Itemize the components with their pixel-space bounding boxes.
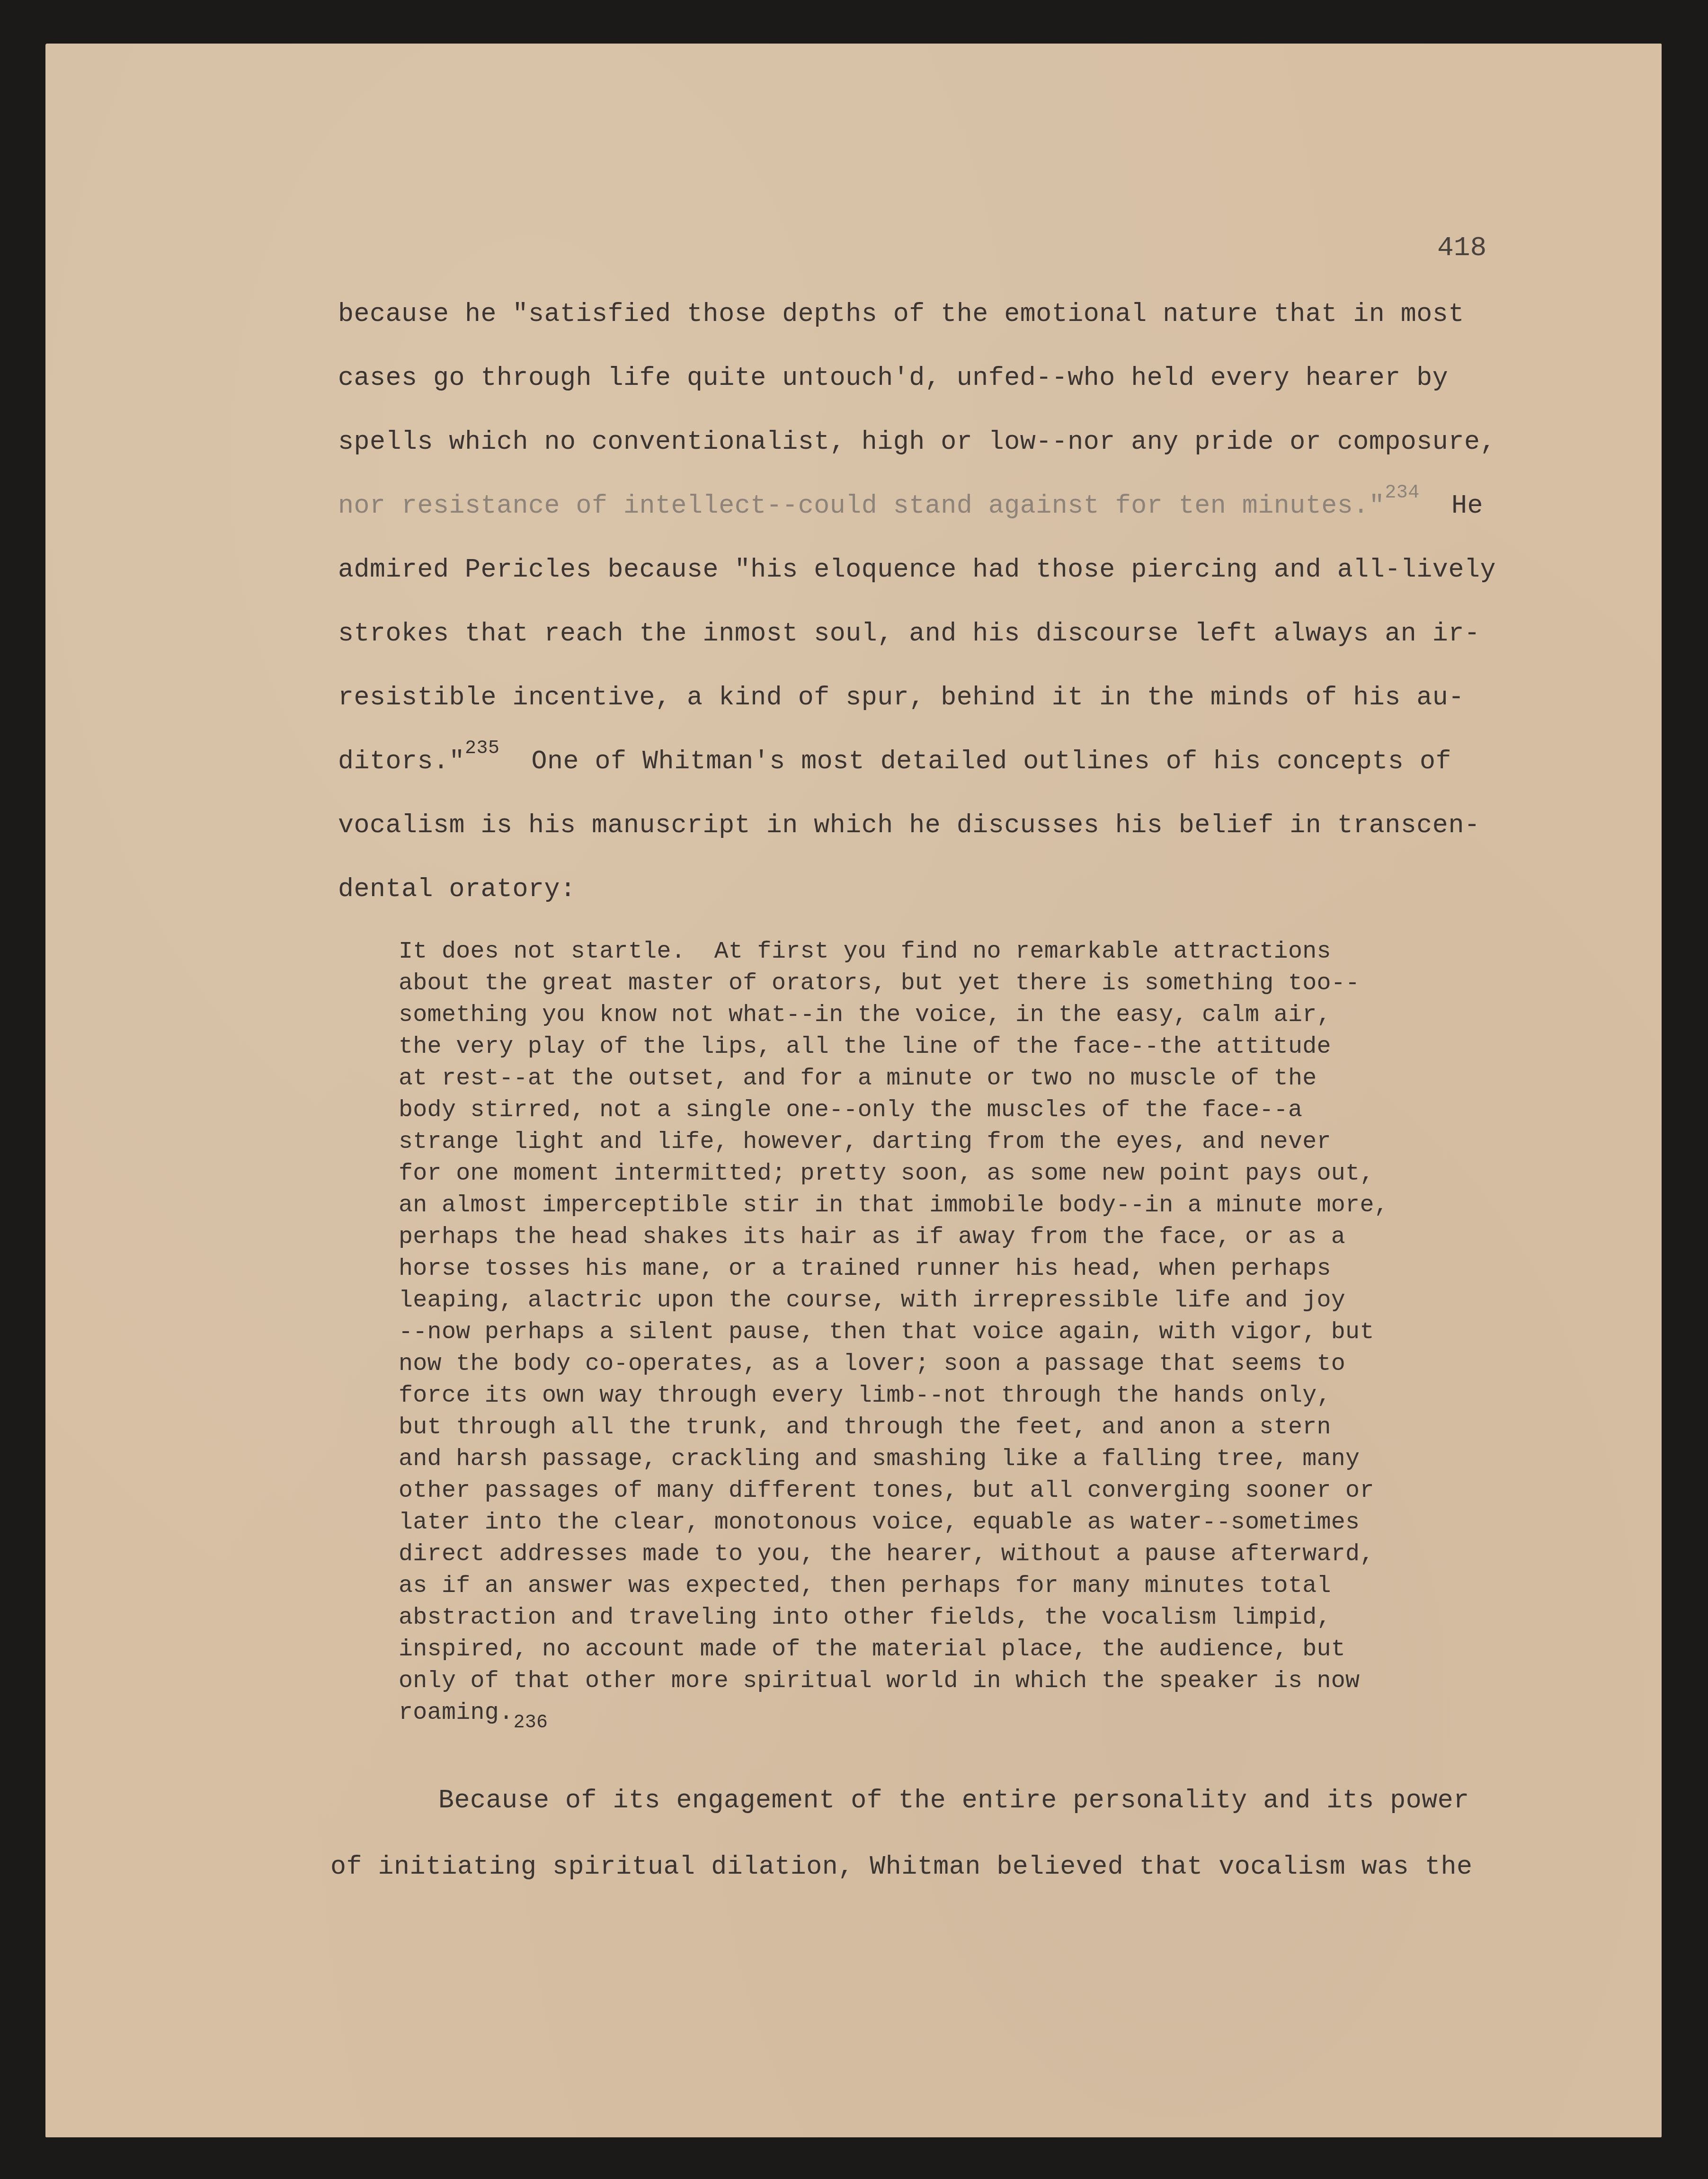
- quote-line: an almost imperceptible stir in that imm…: [399, 1192, 1388, 1219]
- body-line: cases go through life quite untouch'd, u…: [338, 363, 1448, 393]
- footnote-marker: 236: [513, 1712, 548, 1734]
- body-line: admired Pericles because "his eloquence …: [338, 555, 1496, 585]
- body-line: ditors."235 One of Whitman's most detail…: [338, 747, 1451, 776]
- quote-line: force its own way through every limb--no…: [399, 1382, 1331, 1409]
- body-line: strokes that reach the inmost soul, and …: [338, 619, 1480, 649]
- quote-line: horse tosses his mane, or a trained runn…: [399, 1255, 1331, 1282]
- quote-line: something you know not what--in the voic…: [399, 1002, 1331, 1029]
- quote-line: roaming.236: [399, 1699, 548, 1726]
- footnote-marker: 235: [465, 738, 500, 759]
- body-line: Because of its engagement of the entire …: [438, 1786, 1469, 1815]
- quote-line: perhaps the head shakes its hair as if a…: [399, 1224, 1345, 1251]
- body-line-tail: He: [1451, 491, 1483, 521]
- quote-line: direct addresses made to you, the hearer…: [399, 1541, 1374, 1568]
- quote-line: abstraction and traveling into other fie…: [399, 1604, 1331, 1631]
- body-line: dental oratory:: [338, 874, 576, 904]
- quote-line: strange light and life, however, darting…: [399, 1129, 1331, 1156]
- body-line: nor resistance of intellect--could stand…: [338, 491, 1483, 521]
- quote-line: and harsh passage, crackling and smashin…: [399, 1446, 1360, 1473]
- quote-line: leaping, alactric upon the course, with …: [399, 1287, 1345, 1314]
- quote-line: at rest--at the outset, and for a minute…: [399, 1065, 1317, 1092]
- typescript-page: 418 because he "satisfied those depths o…: [45, 44, 1662, 2137]
- footnote-marker: 234: [1385, 482, 1420, 504]
- body-line: because he "satisfied those depths of th…: [338, 299, 1464, 329]
- body-line-tail: One of Whitman's most detailed outlines …: [532, 747, 1451, 776]
- quote-line: later into the clear, monotonous voice, …: [399, 1509, 1360, 1536]
- quote-line: other passages of many different tones, …: [399, 1477, 1374, 1504]
- quote-line: now the body co-operates, as a lover; so…: [399, 1351, 1345, 1378]
- quote-line: but through all the trunk, and through t…: [399, 1414, 1331, 1441]
- quote-line: body stirred, not a single one--only the…: [399, 1097, 1302, 1124]
- body-line: spells which no conventionalist, high or…: [338, 427, 1496, 457]
- quote-line: inspired, no account made of the materia…: [399, 1636, 1345, 1663]
- body-line-text: ditors.": [338, 747, 465, 776]
- body-line: of initiating spiritual dilation, Whitma…: [330, 1852, 1472, 1882]
- quote-line: only of that other more spiritual world …: [399, 1668, 1360, 1695]
- quote-line-text: roaming.: [399, 1699, 513, 1726]
- quote-line: It does not startle. At first you find n…: [399, 938, 1331, 965]
- page-number: 418: [1437, 233, 1486, 264]
- quote-line: as if an answer was expected, then perha…: [399, 1573, 1331, 1600]
- quote-line: --now perhaps a silent pause, then that …: [399, 1319, 1374, 1346]
- body-line: resistible incentive, a kind of spur, be…: [338, 683, 1464, 712]
- body-line: vocalism is his manuscript in which he d…: [338, 810, 1480, 840]
- body-line-text: nor resistance of intellect--could stand…: [338, 491, 1385, 521]
- quote-line: about the great master of orators, but y…: [399, 970, 1360, 997]
- quote-line: the very play of the lips, all the line …: [399, 1033, 1331, 1060]
- quote-line: for one moment intermitted; pretty soon,…: [399, 1160, 1374, 1187]
